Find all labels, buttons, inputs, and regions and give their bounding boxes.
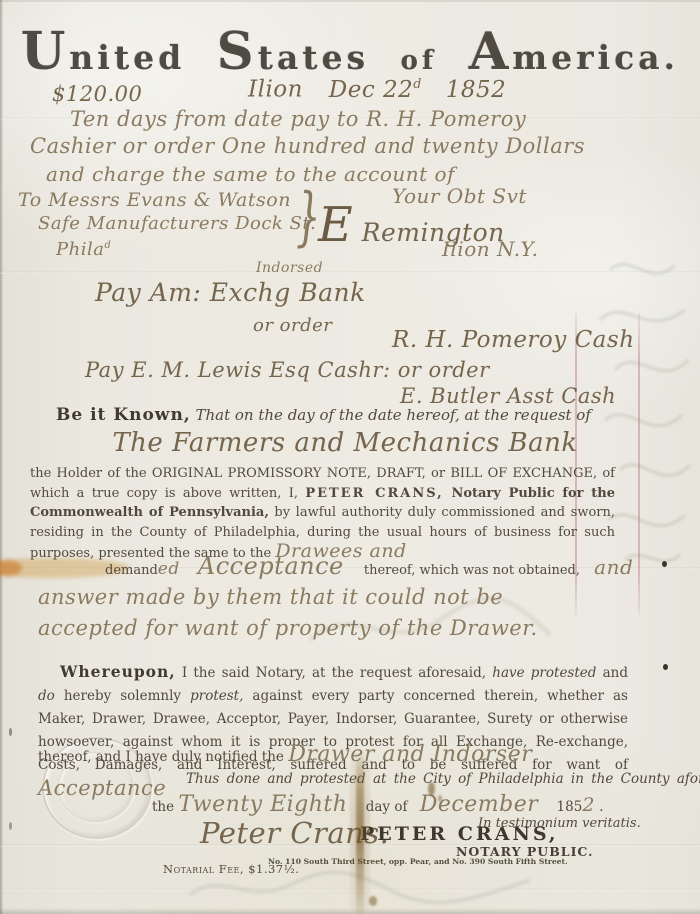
draft-date-superscript: d — [413, 76, 422, 91]
requester-name: The Farmers and Mechanics Bank — [75, 428, 615, 458]
draft-line-2: Cashier or order One hundred and twenty … — [30, 134, 585, 158]
paragraph-italic: protest, — [190, 688, 243, 704]
paragraph-italic: do — [38, 688, 55, 704]
hw-year-digit: 2 — [582, 794, 595, 816]
demand-label: demand — [105, 563, 158, 578]
endorsement-line-3: Pay E. M. Lewis Esq Cashr: or order — [85, 358, 490, 382]
the-label: the — [152, 799, 174, 815]
hw-acceptance: Acceptance — [198, 552, 344, 580]
date-line: the Twenty Eighth day of December 1852 . — [152, 792, 604, 817]
hw-acceptance-2: Acceptance — [38, 776, 166, 800]
title-word: of — [401, 46, 438, 76]
notified-text: thereof, and I have duly notified the — [38, 749, 288, 765]
demand-text: thereof, which was not obtained, — [364, 563, 580, 578]
notarial-fee: Notarial Fee, $1.37½. — [163, 862, 299, 876]
ink-speck — [663, 664, 668, 670]
notary-name-bold: PETER CRANS, — [305, 486, 443, 501]
paragraph-text: I the said Notary, at the request afores… — [176, 665, 493, 681]
draft-line-3: and charge the same to the account of — [46, 162, 455, 186]
indorsed-label: Indorsed — [256, 260, 323, 276]
ink-blotch — [438, 795, 442, 802]
notary-address: No. 110 South Third Street, opp. Pear, a… — [268, 857, 568, 866]
draft-addressee-3: Philad — [56, 239, 111, 260]
draft-amount: $120.00 — [52, 82, 142, 106]
document-title: United States of America. — [0, 22, 700, 82]
pomeroy-signature: R. H. Pomeroy Cash — [392, 327, 635, 353]
hw-answer-line: answer made by them that it could not be — [38, 585, 503, 609]
paragraph-text: hereby solemnly — [55, 688, 190, 704]
notified-line: thereof, and I have duly notified the Dr… — [38, 742, 532, 767]
hw-day: Twenty Eighth — [178, 792, 347, 817]
ink-speck — [662, 561, 667, 567]
demand-line: demanded Acceptance thereof, which was n… — [105, 552, 633, 580]
addressee-superscript: d — [104, 240, 111, 251]
ink-speck — [9, 822, 12, 830]
endorsement-line-1: Pay Am: Exchg Bank — [95, 278, 366, 307]
ink-blotch — [369, 896, 377, 906]
be-it-known-label: Be it Known, — [56, 405, 191, 425]
ink-stain-streak-halo — [350, 760, 370, 910]
scan-edge-left — [0, 0, 3, 914]
protest-paragraph-1: the Holder of the ORIGINAL PROMISSORY NO… — [30, 464, 615, 564]
be-it-known-text: That on the day of the date hereof, at t… — [196, 406, 591, 424]
hw-ed: ed — [158, 559, 180, 579]
draft-addressee-1: To Messrs Evans & Watson — [18, 189, 291, 211]
day-of-label: day of — [366, 799, 408, 815]
paragraph-text: and — [596, 665, 628, 681]
draft-year: 1852 — [446, 77, 507, 103]
draft-line-1: Ten days from date pay to R. H. Pomeroy — [70, 107, 526, 131]
hw-accepted-line: accepted for want of property of the Dra… — [38, 616, 538, 640]
draft-place-date: Ilion Dec 22d 1852 — [248, 76, 506, 103]
title-word: America. — [469, 22, 680, 82]
period: . — [599, 799, 603, 815]
document-page: United States of America. $120.00 Ilion … — [0, 0, 700, 914]
be-it-known-line: Be it Known, That on the day of the date… — [56, 405, 591, 425]
thus-done-line: Thus done and protested at the City of P… — [186, 771, 700, 787]
ink-blotch — [428, 782, 435, 796]
hw-and: and — [594, 555, 633, 579]
draft-place-2: Ilion N.Y. — [442, 237, 539, 261]
title-word: States — [217, 22, 369, 82]
whereupon-label: Whereupon, — [60, 662, 176, 681]
paragraph-italic: have protested — [492, 665, 596, 681]
hw-notified: Drawer and Indorser — [288, 742, 532, 767]
draft-place: Ilion — [248, 77, 303, 103]
draft-addressee-2: Safe Manufacturers Dock St. — [38, 213, 316, 234]
title-word: United — [21, 22, 185, 82]
endorsement-line-2: or order — [253, 315, 332, 336]
ink-speck — [9, 728, 12, 736]
notary-printed-name: PETER CRANS, — [360, 823, 558, 845]
scan-edge-top — [0, 0, 700, 2]
draft-date: Dec 22 — [329, 77, 414, 103]
year-printed: 185 — [557, 799, 583, 815]
